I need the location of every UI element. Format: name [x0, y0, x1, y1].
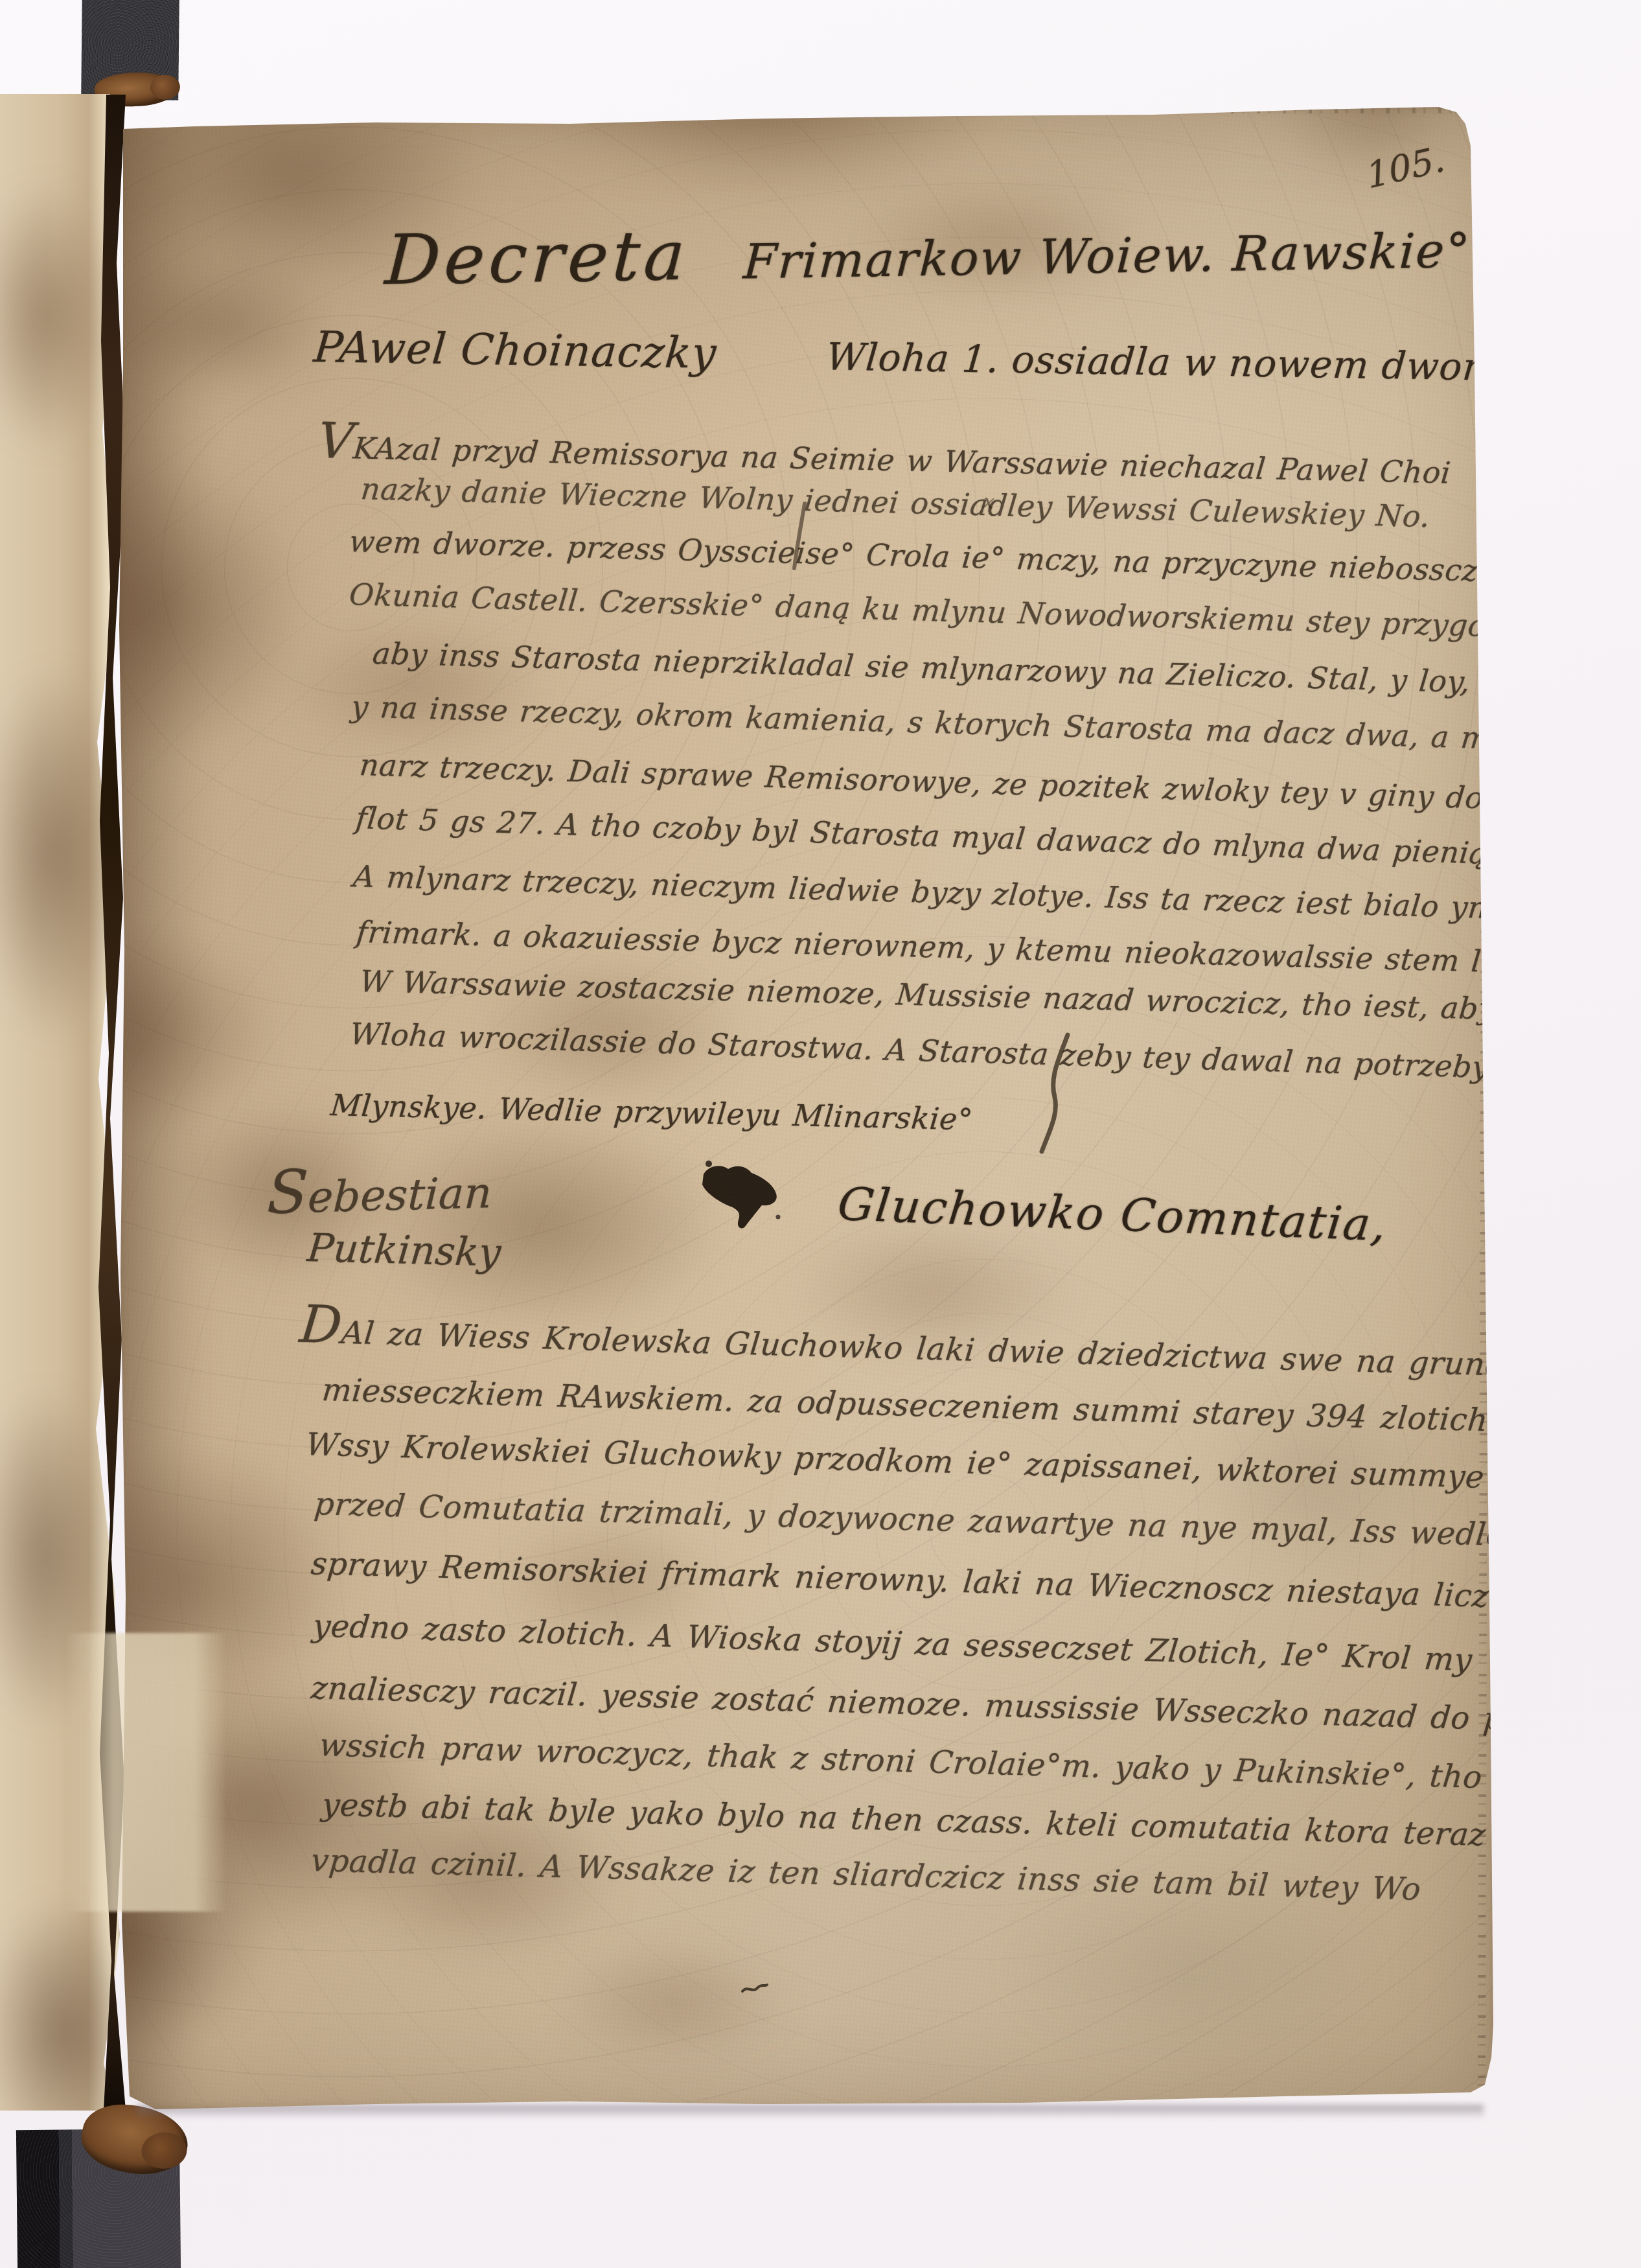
text-line: vpadla czinil. A Wssakze iz ten sliardcz…: [310, 1842, 1423, 1908]
pen-stroke: [790, 501, 810, 572]
text-line: Wssy Krolewskiei Gluchowky przodkom ie° …: [304, 1426, 1486, 1496]
ink-smudge-mark: [740, 1980, 770, 1996]
title-line: Decreta Frimarkow Woiew. Rawskie°: [383, 203, 1473, 300]
manuscript-page: 105. Decreta Frimarkow Woiew. Rawskie° P…: [117, 107, 1493, 2109]
text-line: znaliesczy raczil. yessie zostać niemoze…: [310, 1670, 1550, 1739]
case1-party-name: PAwel Choinaczky: [312, 322, 718, 378]
text-line: yestb abi tak byle yako bylo na then cza…: [321, 1787, 1487, 1853]
ink-blot: [700, 1160, 784, 1231]
margin-note-name: Sebestian: [266, 1152, 493, 1227]
case1-heading: PAwel Choinaczky Wloha 1. ossiadla w now…: [312, 322, 1539, 391]
text-line: aby inss Starosta nieprzikladal sie mlyn…: [371, 636, 1472, 699]
text-line: y na insse rzeczy, okrom kamienia, s kto…: [350, 689, 1529, 757]
case2-heading: Gluchowko Comntatia,: [835, 1177, 1390, 1251]
deckle-edge-top: [117, 107, 1493, 113]
text-line: wem dworze. przess Oysscieise° Crola ie°…: [348, 524, 1567, 590]
text-line: yedno zasto zlotich. A Wioska stoyij za …: [311, 1608, 1474, 1678]
case1-subject: Wloha 1. ossiadla w nowem dworze.: [825, 334, 1539, 389]
deckle-edge-right: [1478, 107, 1491, 2109]
pen-flourish: [1037, 1032, 1073, 1155]
text-line: DAl za Wiess Krolewska Gluchowko laki dw…: [297, 1294, 1552, 1389]
text-line: Mlynskye. Wedlie przywileyu Mlinarskie°: [329, 1087, 974, 1137]
title-subject: Frimarkow Woiew. Rawskie°: [742, 223, 1473, 290]
margin-note-surname: Putkinsky: [305, 1225, 503, 1276]
text-line: Wloha wroczilassie do Starostwa. A Staro…: [349, 1016, 1491, 1085]
text-line: Okunia Castell. Czersskie° daną ku mlynu…: [348, 577, 1530, 645]
text-line: wssich praw wroczycz, thak z stroni Crol…: [318, 1727, 1484, 1796]
text-line: A mlynarz trzeczy, nieczym liedwie byzy …: [352, 859, 1506, 926]
title-word-decreta: Decreta: [383, 216, 691, 300]
page-number: 105.: [1364, 137, 1447, 196]
page-shadow: [136, 2105, 1484, 2119]
text-line: sprawy Remisorskiei frimark nierowny. la…: [310, 1545, 1530, 1615]
paper-repair-patch: [65, 1633, 227, 1912]
text-line: przed Comutatia trzimali, y dozywocne za…: [313, 1486, 1507, 1553]
scan-background: 105. Decreta Frimarkow Woiew. Rawskie° P…: [0, 0, 1641, 2268]
